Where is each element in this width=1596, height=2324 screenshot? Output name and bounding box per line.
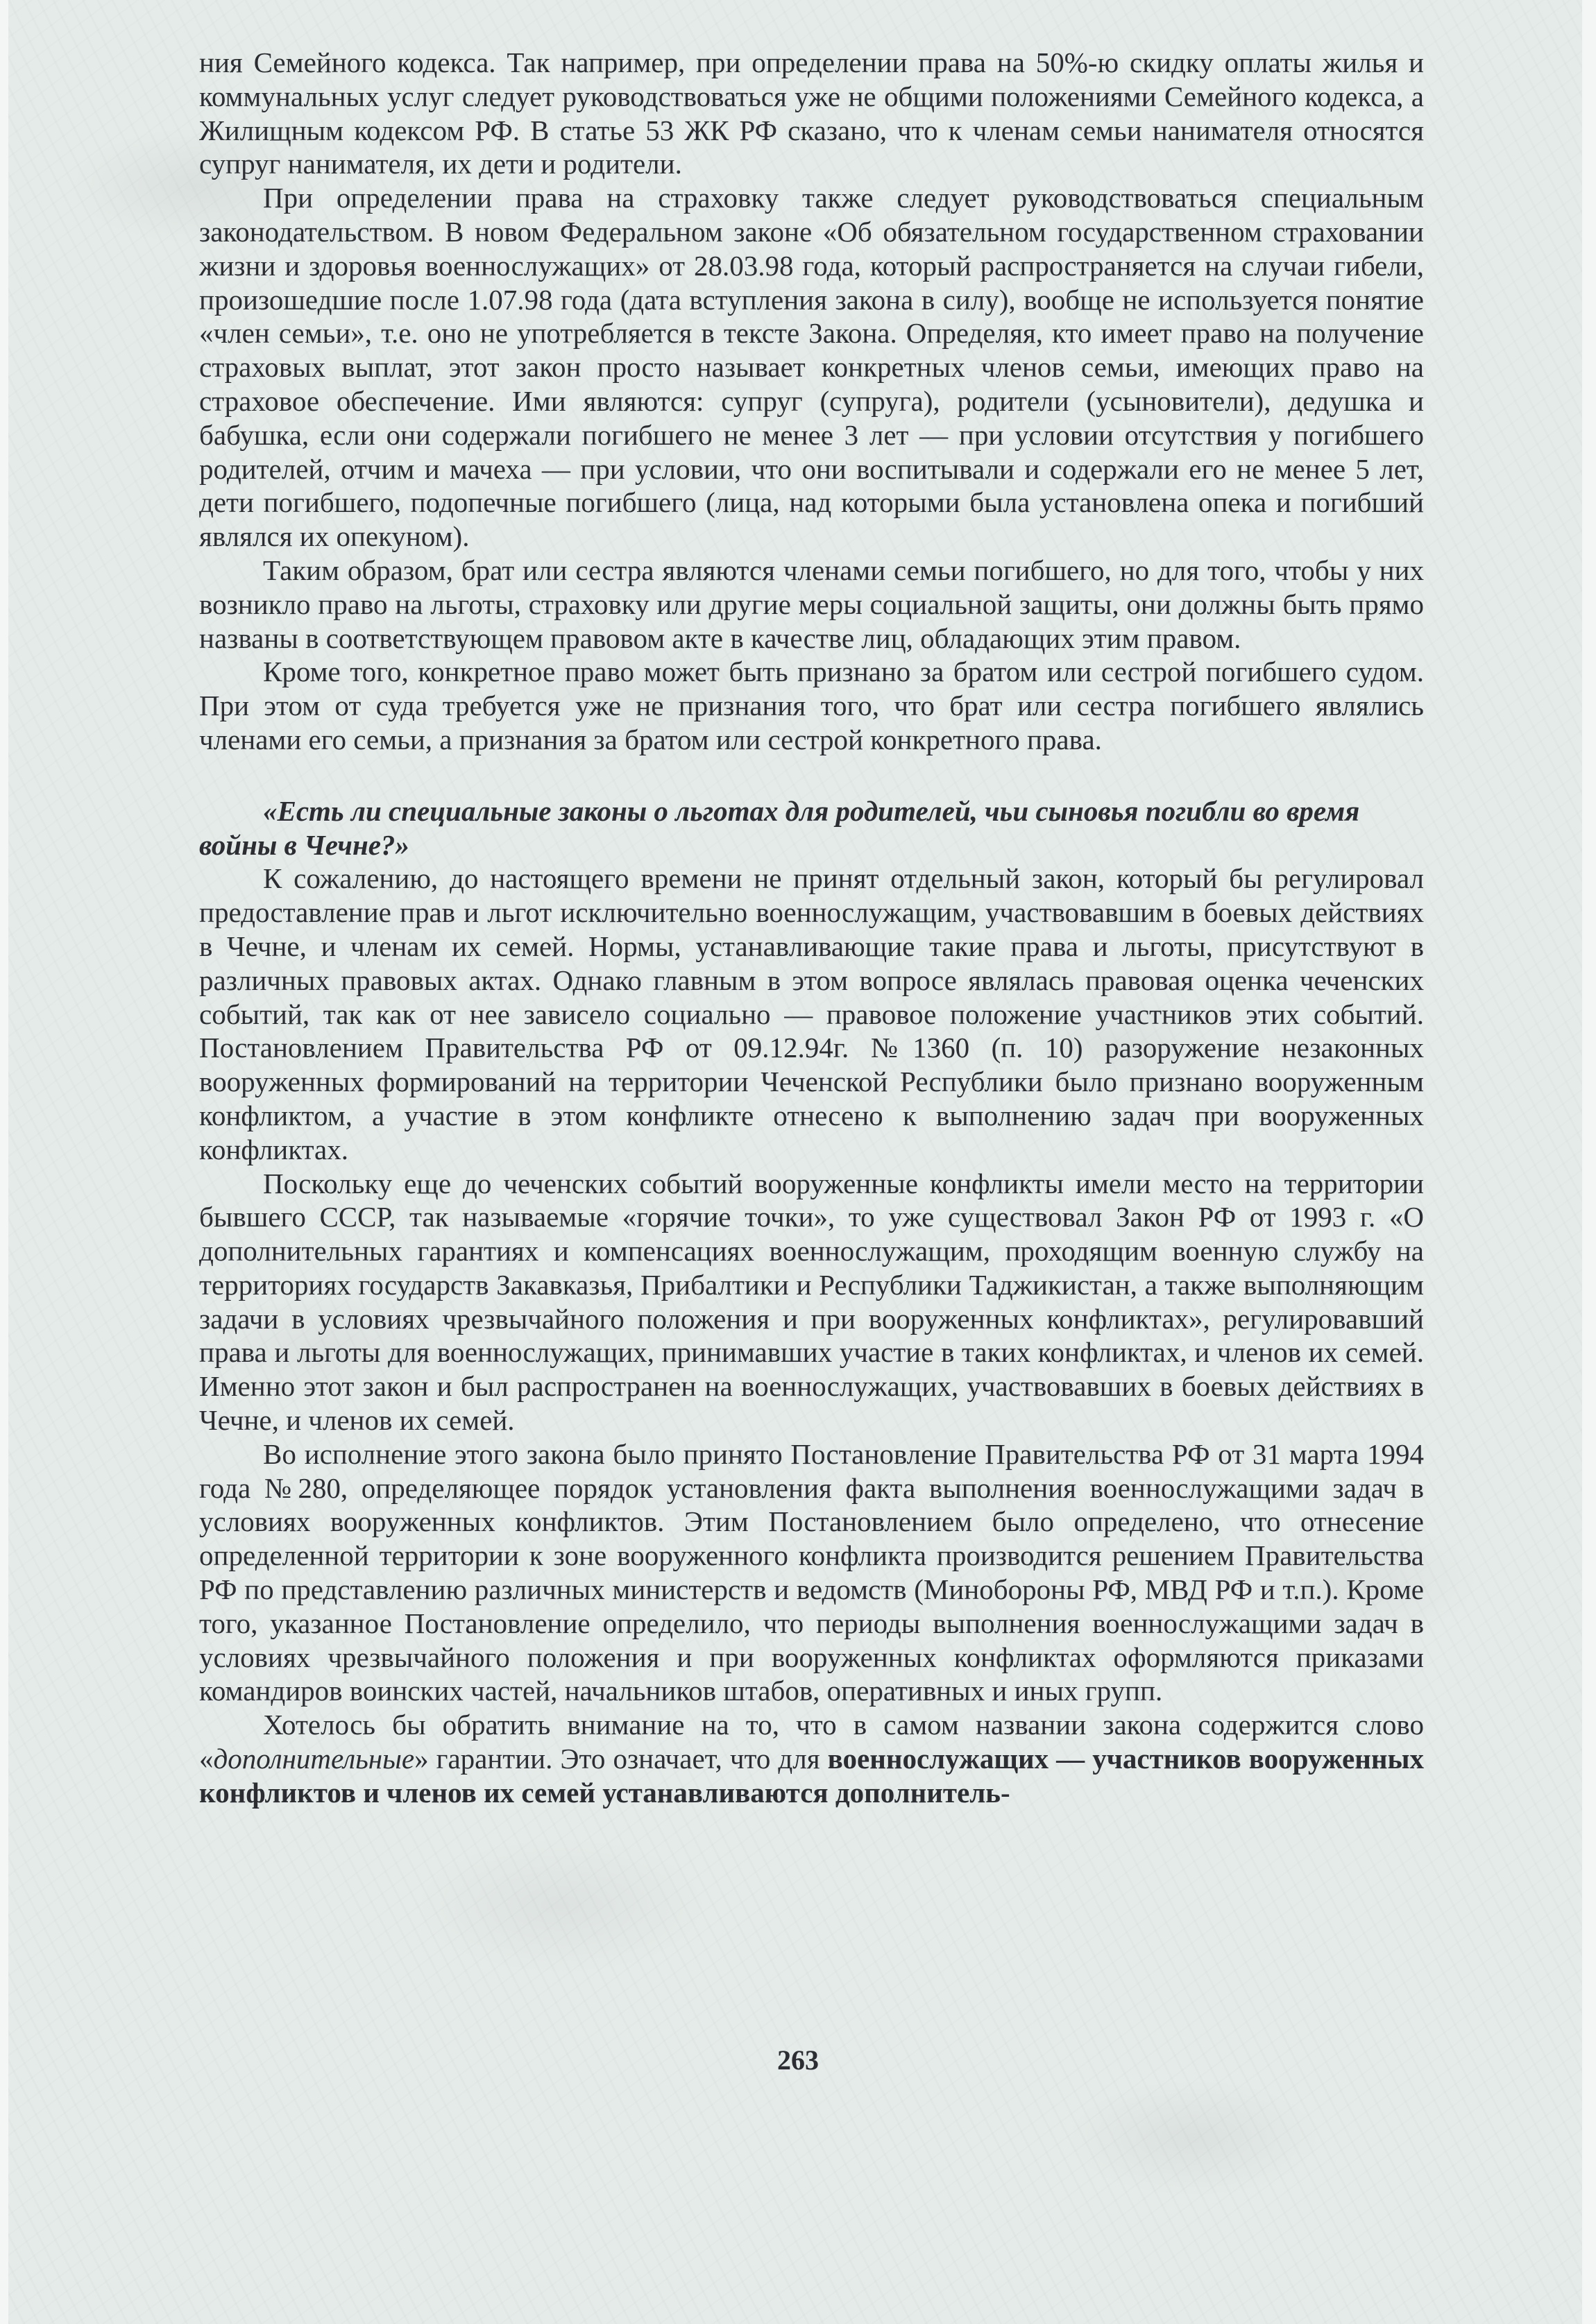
paragraph-hot-spots: Поскольку еще до чеченских событий воору…	[199, 1167, 1424, 1437]
paragraph-court: Кроме того, конкретное право может быть …	[199, 655, 1424, 756]
page-number: 263	[0, 2044, 1596, 2076]
paragraph-insurance-law: При определении права на страховку также…	[199, 181, 1424, 554]
emphasis-italic: дополнительные	[214, 1743, 415, 1775]
paragraph-government-resolution: Во исполнение этого закона было принято …	[199, 1437, 1424, 1708]
section-question-heading: «Есть ли специальные законы о льготах дл…	[199, 794, 1424, 862]
paragraph-chechnya-laws: К сожалению, до настоящего времени не пр…	[199, 862, 1424, 1166]
text-run: » гарантии. Это означает, что для	[414, 1743, 828, 1775]
page-body-text: ния Семейного кодекса. Так например, при…	[199, 46, 1424, 1810]
paragraph-additional-guarantees: Хотелось бы обратить внимание на то, что…	[199, 1708, 1424, 1809]
paragraph-siblings: Таким образом, брат или сестра являются …	[199, 554, 1424, 655]
paragraph-continuation: ния Семейного кодекса. Так например, при…	[199, 46, 1424, 181]
